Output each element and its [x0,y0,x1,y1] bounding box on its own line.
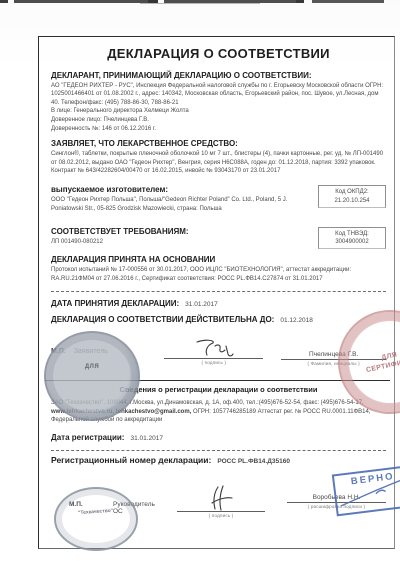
mp-label: М.П. [51,348,66,355]
adoption-date-value: 31.01.2017 [185,301,218,308]
declarant-heading: ДЕКЛАРАНТ, ПРИНИМАЮЩИЙ ДЕКЛАРАЦИЮ О СООТ… [51,71,386,80]
registrar-name: Воробьева Н.Н. [287,479,386,503]
declares-heading: ЗАЯВЛЯЕТ, ЧТО ЛЕКАРСТВЕННОЕ СРЕДСТВО: [51,139,386,148]
registration-body-pre: ЗАО "Техкачество", 109044, г.Москва, ул.… [51,400,364,406]
declaration-frame: ДЕКЛАРАЦИЯ О СООТВЕТСТВИИ ДЕКЛАРАНТ, ПРИ… [38,36,395,549]
mp-label-2: М.П. [69,501,83,508]
applicant-name-caption: ( Фамилия, инициалы ) [281,361,386,366]
registration-number-label: Регистрационный номер декларации: [51,455,211,465]
registration-body: ЗАО "Техкачество", 109044, г.Москва, ул.… [51,399,386,424]
declarant-in-person: В лице: Генерального директора Хелмеци Ж… [51,107,386,116]
valid-until-label: ДЕКЛАРАЦИЯ О СООТВЕТСТВИИ ДЕЙСТВИТЕЛЬНА … [51,315,274,324]
product-description: Синглон®, таблетки, покрытые пленочной о… [51,150,386,175]
signature-row-registrar: М.П. Руководитель ОС ( подпись ) Воробье… [51,475,386,527]
registrar-name-caption: ( расшифровка подписи ) [287,504,386,509]
registration-date-label: Дата регистрации: [51,433,124,442]
applicant-role-label: Заявитель [74,348,108,355]
tnved-code-box: Код ТНВЭД: 3004900002 [318,227,386,249]
okpd2-code-box: Код ОКПД2: 21.20.10.254 [318,185,386,207]
document-title: ДЕКЛАРАЦИЯ О СООТВЕТСТВИИ [51,46,386,61]
conforms-value: ЛП 001490-080212 [51,238,313,247]
conforms-heading: СООТВЕТСТВУЕТ ТРЕБОВАНИЯМ: [51,227,313,236]
tnved-label: Код ТНВЭД: [324,230,380,238]
declarant-poa: Доверенность №: 146 от 06.12.2016 г. [51,125,386,134]
registrar-signature [204,485,238,511]
okpd2-value: 21.20.10.254 [324,197,380,205]
registrar-sign-caption: ( подпись ) [177,513,265,518]
basis-body: Протокол испытаний № 17-000556 от 30.01.… [51,266,386,283]
registration-links: www.tehkachestvo.ru, tehkachestvo@gmail.… [51,409,191,415]
manufacturer-body: ООО "Гедеон Рихтер Польша", Польша/"Gede… [51,196,313,213]
applicant-name: Пчелинцева Г.В. [281,336,386,360]
declarant-trustee: Доверенное лицо: Пчелинцева Г.В. [51,116,386,125]
section-divider-dashed [51,291,386,292]
applicant-sign-caption: ( подпись ) [164,360,263,365]
declarant-body: АО "ГЕДЕОН РИХТЕР - РУС", Инспекция Феде… [51,82,386,107]
basis-heading: ДЕКЛАРАЦИЯ ПРИНЯТА НА ОСНОВАНИИ [51,255,386,264]
registration-number-value: РОСС PL.ФВ14.Д35160 [217,458,290,465]
scanned-document-page: ДЕКЛАРАЦИЯ О СООТВЕТСТВИИ ДЕКЛАРАНТ, ПРИ… [0,0,400,568]
signature-row-applicant: М.П.Заявитель ( подпись ) Пчелинцева Г.В… [51,336,386,374]
registration-heading: Сведения о регистрации декларации о соот… [51,385,386,394]
applicant-signature [193,338,235,358]
manufacturer-heading: выпускаемое изготовителем: [51,185,313,194]
registration-date-value: 31.01.2017 [130,435,163,442]
registrar-role-label: Руководитель ОС [113,501,165,515]
adoption-date-label: ДАТА ПРИНЯТИЯ ДЕКЛАРАЦИИ: [51,299,179,308]
registration-divider-dashed [51,450,386,451]
registrar-signature-line [177,489,265,512]
tnved-value: 3004900002 [324,238,380,246]
valid-until-value: 01.12.2018 [280,317,313,324]
section-divider-thick [45,380,390,381]
okpd2-label: Код ОКПД2: [324,188,380,196]
scan-artifact-line [140,3,260,4]
applicant-signature-line [164,336,263,359]
